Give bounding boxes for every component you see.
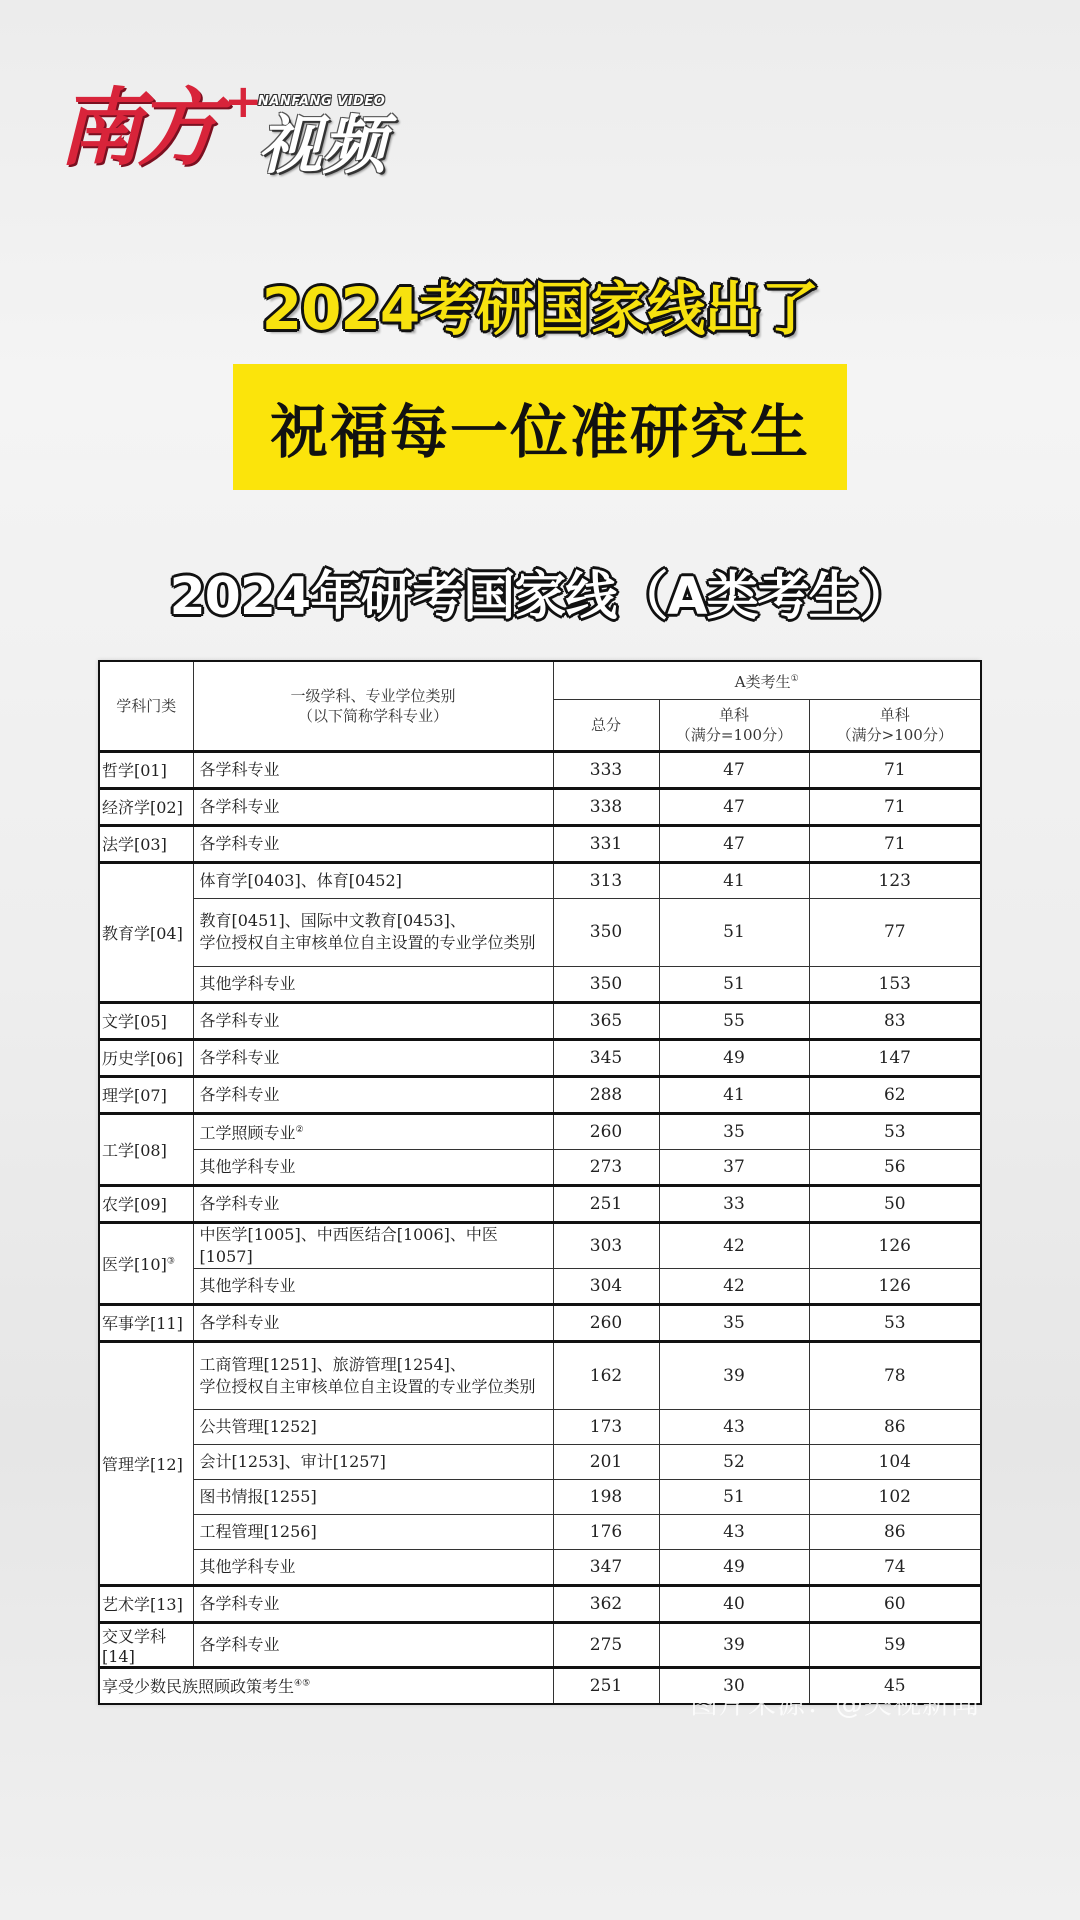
cell-category: 交叉学科[14] [99, 1622, 193, 1667]
cell-major: 各学科专业 [193, 1185, 553, 1222]
cell-category: 理学[07] [99, 1076, 193, 1113]
cell-single-100: 40 [659, 1585, 809, 1622]
cell-major: 各学科专业 [193, 1002, 553, 1039]
table-row: 公共管理[1252] 173 43 86 [99, 1409, 981, 1444]
cell-category: 历史学[06] [99, 1039, 193, 1076]
cell-major: 各学科专业 [193, 1585, 553, 1622]
cell-single-over100: 60 [809, 1585, 981, 1622]
header-total: 总分 [553, 699, 659, 751]
cell-major: 其他学科专业 [193, 1549, 553, 1585]
cell-single-100: 49 [659, 1549, 809, 1585]
cell-single-100: 35 [659, 1113, 809, 1149]
cell-major: 各学科专业 [193, 1622, 553, 1667]
cell-single-over100: 86 [809, 1409, 981, 1444]
cell-single-100: 39 [659, 1622, 809, 1667]
cell-single-over100: 78 [809, 1341, 981, 1409]
header-group-a: A类考生① [553, 661, 981, 699]
cell-single-100: 41 [659, 1076, 809, 1113]
logo-plus-icon: + [224, 76, 263, 126]
cell-total: 275 [553, 1622, 659, 1667]
cell-single-100: 47 [659, 825, 809, 862]
cell-total: 345 [553, 1039, 659, 1076]
cell-single-over100: 59 [809, 1622, 981, 1667]
cell-total: 162 [553, 1341, 659, 1409]
cell-total: 288 [553, 1076, 659, 1113]
header-single-100: 单科（满分=100分） [659, 699, 809, 751]
cell-single-100: 37 [659, 1149, 809, 1185]
table-row: 管理学[12] 工商管理[1251]、旅游管理[1254]、学位授权自主审核单位… [99, 1341, 981, 1409]
table-row: 其他学科专业 273 37 56 [99, 1149, 981, 1185]
cell-single-over100: 153 [809, 966, 981, 1002]
cell-single-over100: 71 [809, 825, 981, 862]
cell-total: 251 [553, 1185, 659, 1222]
header-major: 一级学科、专业学位类别（以下简称学科专业） [193, 661, 553, 751]
table-row: 军事学[11] 各学科专业 260 35 53 [99, 1304, 981, 1341]
cell-single-100: 55 [659, 1002, 809, 1039]
cell-single-over100: 53 [809, 1304, 981, 1341]
cell-single-over100: 71 [809, 788, 981, 825]
cell-single-100: 51 [659, 966, 809, 1002]
table-row: 农学[09] 各学科专业 251 33 50 [99, 1185, 981, 1222]
cell-single-100: 47 [659, 751, 809, 788]
cell-major: 各学科专业 [193, 1039, 553, 1076]
header-category: 学科门类 [99, 661, 193, 751]
cell-single-100: 41 [659, 862, 809, 898]
cell-major: 其他学科专业 [193, 966, 553, 1002]
cell-total: 198 [553, 1479, 659, 1514]
blessing-text: 祝福每一位准研究生 [270, 385, 810, 469]
cell-major: 中医学[1005]、中西医结合[1006]、中医[1057] [193, 1222, 553, 1268]
cell-single-over100: 86 [809, 1514, 981, 1549]
table-row: 法学[03] 各学科专业 331 47 71 [99, 825, 981, 862]
cell-single-over100: 77 [809, 898, 981, 966]
cell-major: 各学科专业 [193, 788, 553, 825]
cell-total: 350 [553, 898, 659, 966]
cell-major: 各学科专业 [193, 1304, 553, 1341]
cell-single-over100: 123 [809, 862, 981, 898]
cell-single-over100: 83 [809, 1002, 981, 1039]
cell-single-over100: 50 [809, 1185, 981, 1222]
table-row: 理学[07] 各学科专业 288 41 62 [99, 1076, 981, 1113]
cell-single-over100: 62 [809, 1076, 981, 1113]
cell-single-100: 49 [659, 1039, 809, 1076]
cell-total: 331 [553, 825, 659, 862]
cell-total: 333 [553, 751, 659, 788]
cell-single-100: 47 [659, 788, 809, 825]
cell-single-over100: 74 [809, 1549, 981, 1585]
cell-major: 各学科专业 [193, 751, 553, 788]
table-row: 历史学[06] 各学科专业 345 49 147 [99, 1039, 981, 1076]
logo-brand-cn: 南方 [58, 78, 214, 178]
cell-major: 各学科专业 [193, 1076, 553, 1113]
table-row: 其他学科专业 347 49 74 [99, 1549, 981, 1585]
cell-major: 其他学科专业 [193, 1268, 553, 1304]
cell-major: 其他学科专业 [193, 1149, 553, 1185]
cell-category: 医学[10]③ [99, 1222, 193, 1304]
cell-major: 工程管理[1256] [193, 1514, 553, 1549]
cell-category: 教育学[04] [99, 862, 193, 1002]
cell-single-100: 43 [659, 1514, 809, 1549]
cell-category: 法学[03] [99, 825, 193, 862]
cell-single-100: 51 [659, 898, 809, 966]
source-credit: 图片来源：@央视新闻 [690, 1682, 980, 1722]
blessing-banner: 祝福每一位准研究生 [233, 364, 847, 490]
cell-category: 艺术学[13] [99, 1585, 193, 1622]
cell-category: 哲学[01] [99, 751, 193, 788]
table-row: 教育[0451]、国际中文教育[0453]、学位授权自主审核单位自主设置的专业学… [99, 898, 981, 966]
cell-major: 工学照顾专业② [193, 1113, 553, 1149]
cell-total: 201 [553, 1444, 659, 1479]
cell-single-100: 52 [659, 1444, 809, 1479]
table-row: 图书情报[1255] 198 51 102 [99, 1479, 981, 1514]
table-row: 文学[05] 各学科专业 365 55 83 [99, 1002, 981, 1039]
table-row: 教育学[04] 体育学[0403]、体育[0452] 313 41 123 [99, 862, 981, 898]
cell-major: 会计[1253]、审计[1257] [193, 1444, 553, 1479]
cell-category: 工学[08] [99, 1113, 193, 1185]
score-table-image: 学科门类 一级学科、专业学位类别（以下简称学科专业） A类考生① 总分 单科（满… [98, 660, 980, 1705]
nanfang-video-logo: 南方 + NANFANG VIDEO 视频 [58, 72, 388, 192]
table-title: 2024年研考国家线（A类考生） [0, 554, 1080, 629]
table-row: 艺术学[13] 各学科专业 362 40 60 [99, 1585, 981, 1622]
cell-single-100: 42 [659, 1222, 809, 1268]
cell-total: 273 [553, 1149, 659, 1185]
cell-single-over100: 126 [809, 1268, 981, 1304]
cell-single-over100: 147 [809, 1039, 981, 1076]
cell-major: 工商管理[1251]、旅游管理[1254]、学位授权自主审核单位自主设置的专业学… [193, 1341, 553, 1409]
cell-total: 365 [553, 1002, 659, 1039]
cell-total: 176 [553, 1514, 659, 1549]
cell-single-over100: 53 [809, 1113, 981, 1149]
cell-single-100: 35 [659, 1304, 809, 1341]
cell-single-over100: 102 [809, 1479, 981, 1514]
cell-total: 362 [553, 1585, 659, 1622]
cell-category: 经济学[02] [99, 788, 193, 825]
cell-total: 338 [553, 788, 659, 825]
cell-single-over100: 71 [809, 751, 981, 788]
table-row: 经济学[02] 各学科专业 338 47 71 [99, 788, 981, 825]
cell-single-over100: 104 [809, 1444, 981, 1479]
cell-major: 体育学[0403]、体育[0452] [193, 862, 553, 898]
cell-total: 173 [553, 1409, 659, 1444]
cell-single-100: 33 [659, 1185, 809, 1222]
cell-total: 251 [553, 1667, 659, 1704]
cell-total: 303 [553, 1222, 659, 1268]
cell-total: 313 [553, 862, 659, 898]
cell-major: 教育[0451]、国际中文教育[0453]、学位授权自主审核单位自主设置的专业学… [193, 898, 553, 966]
cell-total: 304 [553, 1268, 659, 1304]
cell-category: 享受少数民族照顾政策考生④⑤ [99, 1667, 553, 1704]
cell-single-over100: 56 [809, 1149, 981, 1185]
cell-category: 文学[05] [99, 1002, 193, 1039]
table-row: 其他学科专业 304 42 126 [99, 1268, 981, 1304]
cell-total: 260 [553, 1113, 659, 1149]
cell-single-100: 51 [659, 1479, 809, 1514]
cell-major: 各学科专业 [193, 825, 553, 862]
headline: 2024考研国家线出了 [0, 262, 1080, 346]
table-row: 会计[1253]、审计[1257] 201 52 104 [99, 1444, 981, 1479]
cell-category: 军事学[11] [99, 1304, 193, 1341]
cell-total: 350 [553, 966, 659, 1002]
table-row: 医学[10]③ 中医学[1005]、中西医结合[1006]、中医[1057] 3… [99, 1222, 981, 1268]
cell-single-over100: 126 [809, 1222, 981, 1268]
score-line-table: 学科门类 一级学科、专业学位类别（以下简称学科专业） A类考生① 总分 单科（满… [98, 660, 982, 1705]
table-row: 哲学[01] 各学科专业 333 47 71 [99, 751, 981, 788]
cell-major: 图书情报[1255] [193, 1479, 553, 1514]
cell-major: 公共管理[1252] [193, 1409, 553, 1444]
cell-single-100: 42 [659, 1268, 809, 1304]
table-row: 工学[08] 工学照顾专业② 260 35 53 [99, 1113, 981, 1149]
cell-category: 管理学[12] [99, 1341, 193, 1585]
cell-total: 260 [553, 1304, 659, 1341]
cell-single-100: 39 [659, 1341, 809, 1409]
logo-video-cn: 视频 [258, 106, 386, 186]
header-single-over100: 单科（满分>100分） [809, 699, 981, 751]
cell-single-100: 43 [659, 1409, 809, 1444]
table-row: 工程管理[1256] 176 43 86 [99, 1514, 981, 1549]
table-row: 其他学科专业 350 51 153 [99, 966, 981, 1002]
cell-total: 347 [553, 1549, 659, 1585]
cell-category: 农学[09] [99, 1185, 193, 1222]
table-row: 交叉学科[14] 各学科专业 275 39 59 [99, 1622, 981, 1667]
